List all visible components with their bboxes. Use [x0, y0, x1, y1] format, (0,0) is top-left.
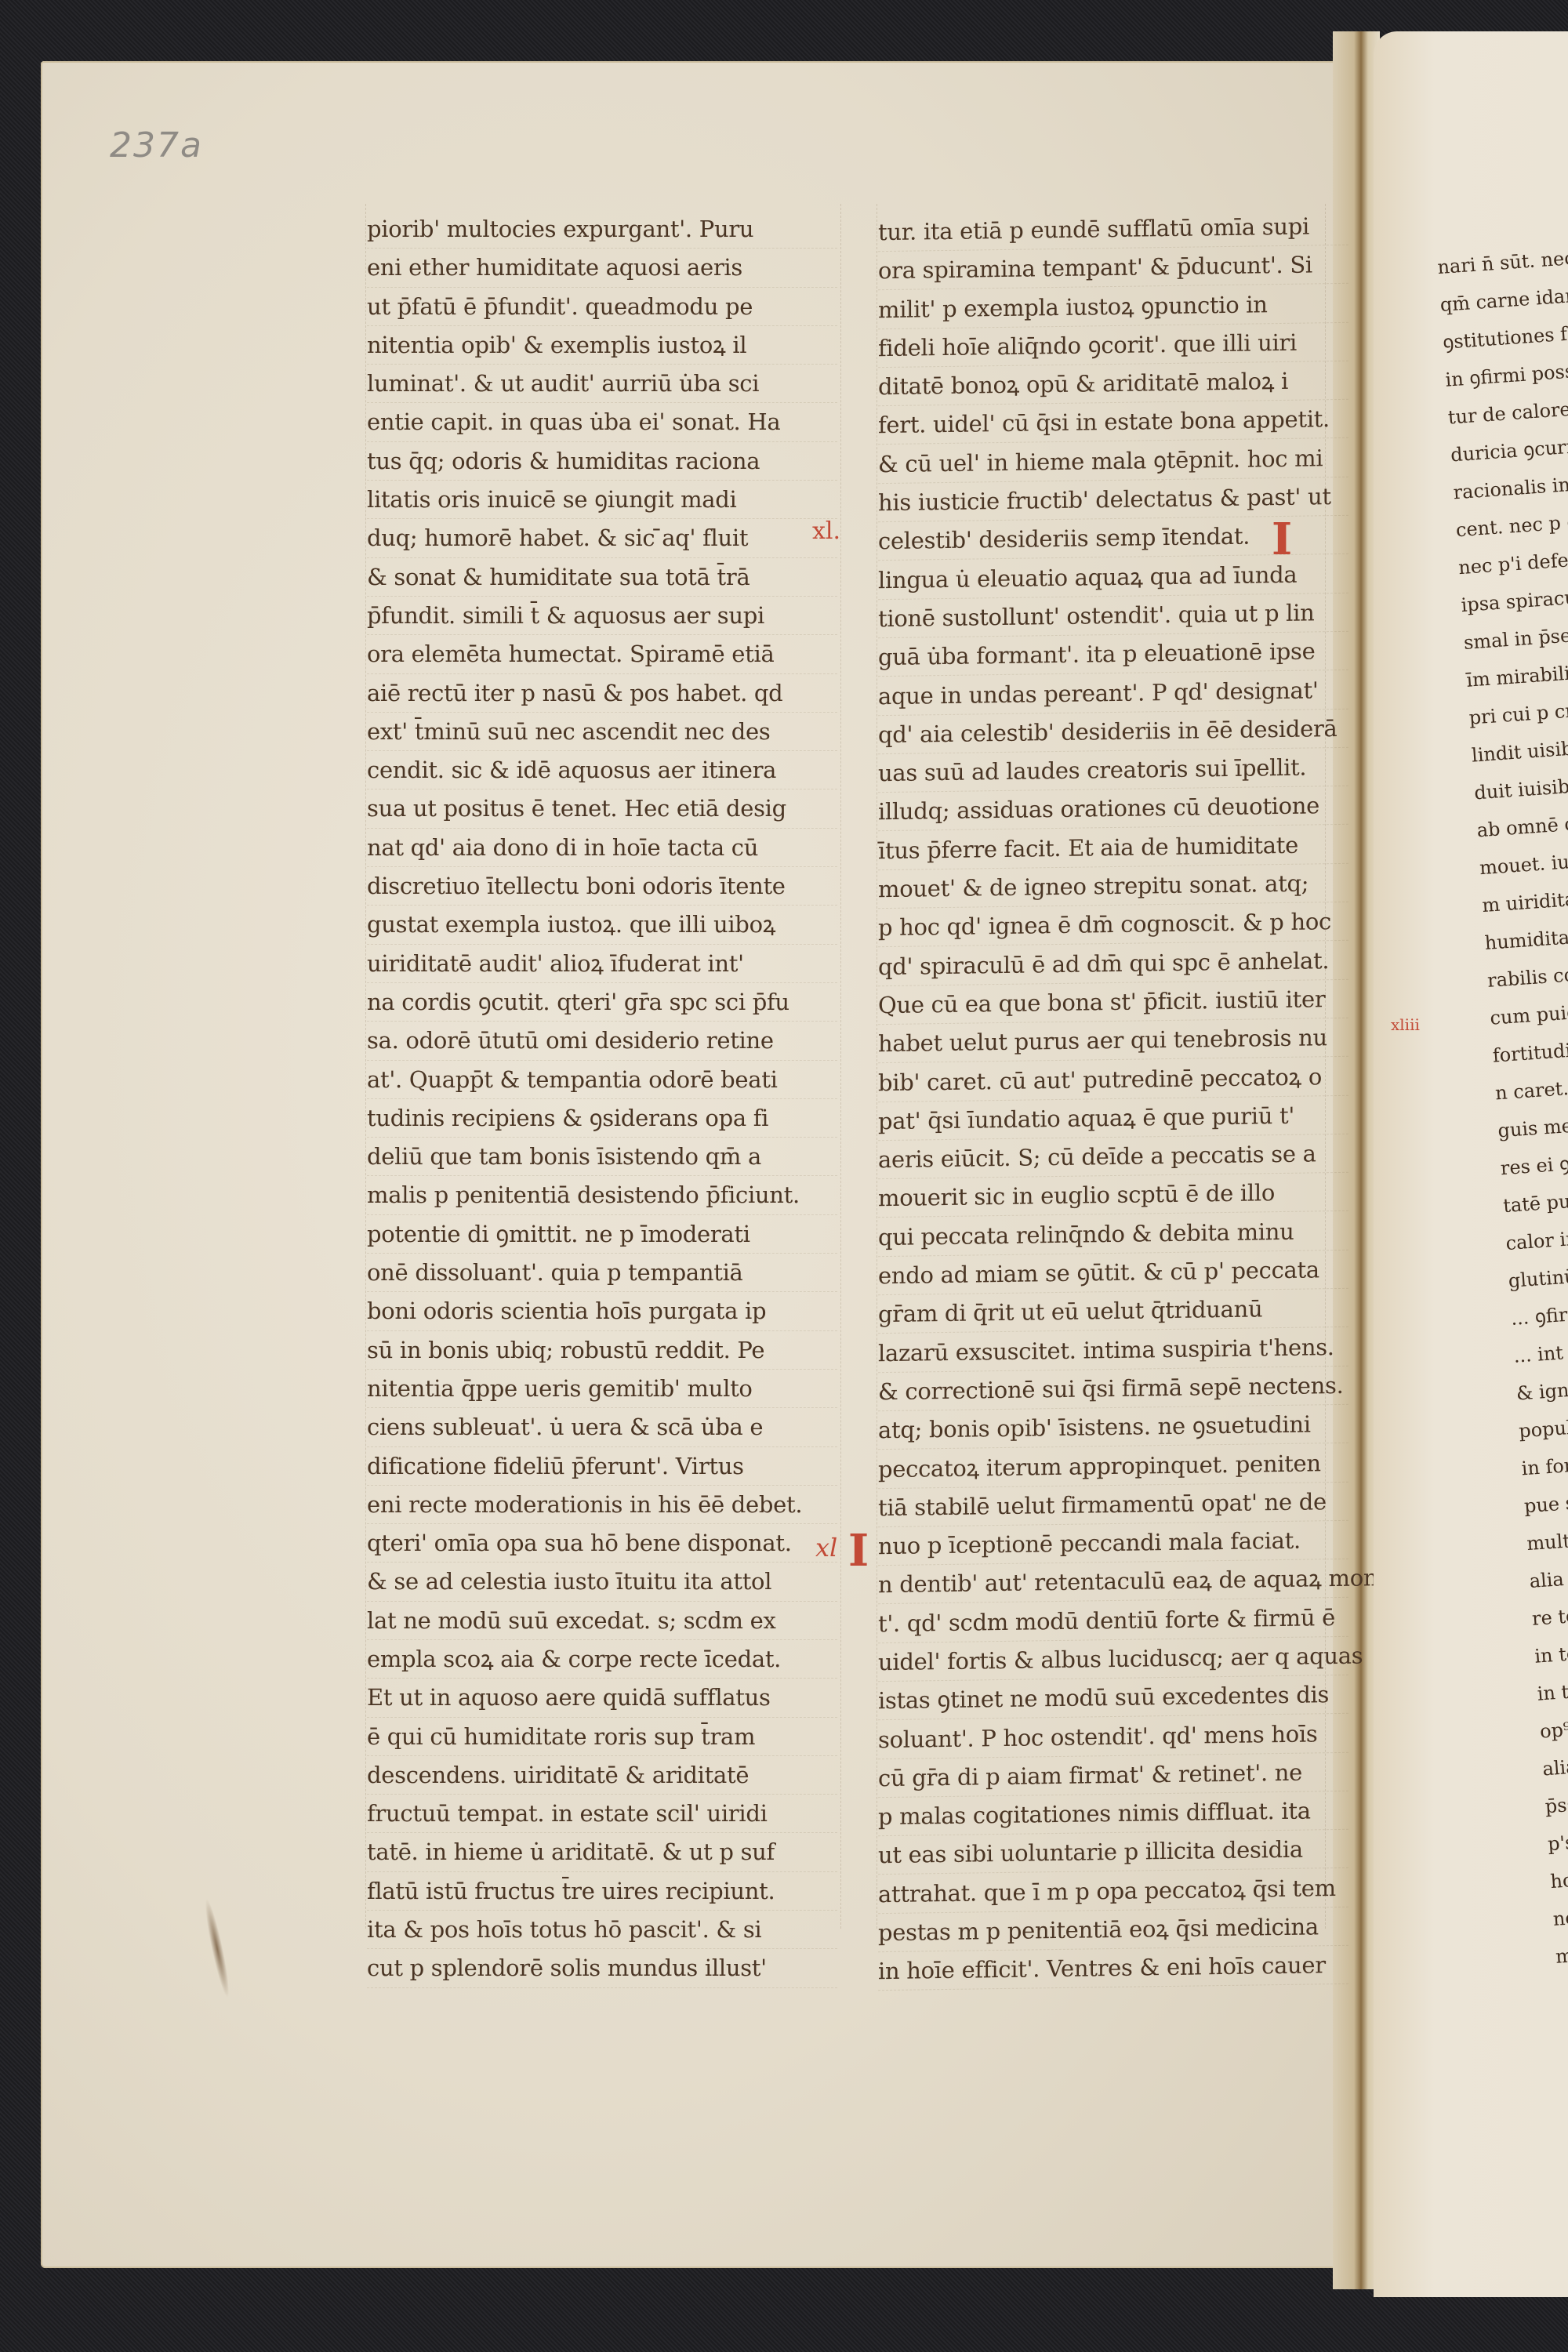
text-line: aeris eiūcit. S; cū deīde a peccatis se …: [878, 1134, 1348, 1180]
text-line: fructuū tempat. in estate scil' uiridi: [367, 1795, 837, 1833]
marginal-rubric-numeral: xl.: [812, 517, 840, 545]
text-line: fideli hoīe aliq̄ndo ꝯcorit'. que illi u…: [878, 323, 1348, 368]
text-line: ut eas sibi uoluntarie p illicita desidi…: [878, 1830, 1348, 1875]
marginal-rubric-numeral: xliii: [1391, 1015, 1420, 1034]
text-line: sū in bonis ubiq; robustū reddit. Pe: [367, 1331, 837, 1370]
facing-page-text: nari n̄ sūt. nec mollicie m qm̄ carne id…: [1405, 230, 1568, 1978]
text-line: tur. ita etiā p eundē sufflatū omīa supi: [878, 207, 1348, 252]
text-line: tatē. in hieme u̇ ariditatē. & ut p suf: [367, 1833, 837, 1871]
text-line: tionē sustollunt' ostendit'. quia ut p l…: [878, 593, 1348, 639]
text-line: fert. uidel' cū q̄si in estate bona appe…: [878, 400, 1348, 445]
text-line: uidel' fortis & albus luciduscq; aer q a…: [878, 1637, 1348, 1682]
text-line: discretiuo ītellectu boni odoris ītente: [367, 867, 837, 906]
text-line: peccatoꝝ iterum appropinquet. peniten: [878, 1443, 1348, 1489]
text-line: milit' p exempla iustoꝝ ꝯpunctio in: [878, 284, 1348, 329]
ruling-line: [877, 204, 877, 1929]
text-line: cut p splendorē solis mundus illust': [367, 1949, 837, 1987]
text-line: boni odoris scientia hoīs purgata ip: [367, 1292, 837, 1330]
text-line: nuo p īceptionē peccandi mala faciat.: [878, 1521, 1348, 1566]
folio-number: 237a: [110, 125, 203, 165]
text-line: ciens subleuat'. u̇ uera & scā u̇ba e: [367, 1408, 837, 1446]
text-line: ut p̄fatū ē p̄fundit'. queadmodu pe: [367, 288, 837, 326]
text-line: lat ne modū suū excedat. s; scdm ex: [367, 1602, 837, 1640]
text-line: descendens. uiriditatē & ariditatē: [367, 1756, 837, 1795]
text-line: nat qd' aia dono di in hoīe tacta cū: [367, 829, 837, 867]
text-line: dificatione fideliū p̄ferunt'. Virtus: [367, 1447, 837, 1486]
text-line: eni recte moderationis in his ēē debet.: [367, 1486, 837, 1524]
text-line: endo ad miam se ꝯūtit. & cū p' peccata: [878, 1250, 1348, 1296]
text-line: pat' q̄si īundatio aquaꝝ ē que puriū t': [878, 1096, 1348, 1142]
text-line: & se ad celestia iusto ītuitu ita attol: [367, 1563, 837, 1601]
text-line: potentie di ꝯmittit. ne p īmoderati: [367, 1215, 837, 1254]
text-line: & correctionē sui q̄si firmā sepē necten…: [878, 1367, 1348, 1412]
text-line: & cū uel' in hieme mala ꝯtēpnit. hoc mi: [878, 439, 1348, 485]
text-line: aiē rectū iter p nasū & pos habet. qd: [367, 674, 837, 713]
text-line: litatis oris inuicē se ꝯiungit madi: [367, 481, 837, 519]
text-line: at'. Quapp̄t & tempantia odorē beati: [367, 1061, 837, 1099]
text-line: sa. odorē ūtutū omi desiderio retine: [367, 1022, 837, 1060]
text-line: onē dissoluant'. quia p tempantiā: [367, 1254, 837, 1292]
text-line: eni ether humiditate aquosi aeris: [367, 249, 837, 287]
text-line: flatū istū fructus t̄re uires recipiunt.: [367, 1872, 837, 1911]
text-line: in hoīe efficit'. Ventres & eni hoīs cau…: [878, 1946, 1348, 1991]
text-line: gr̄am di q̄rit ut eū uelut q̄triduanū: [878, 1289, 1348, 1334]
text-line: piorib' multocies expurgant'. Puru: [367, 210, 837, 249]
text-line: ītus p̄ferre facit. Et aia de humiditate: [878, 826, 1348, 871]
text-line: tudinis recipiens & ꝯsiderans opa fi: [367, 1099, 837, 1138]
text-line: & sonat & humiditate sua totā t̄rā: [367, 558, 837, 597]
ruling-line: [365, 204, 366, 1929]
text-line: qui peccata relinq̄ndo & debita minu: [878, 1212, 1348, 1258]
text-line: Que cū ea que bona st' p̄ficit. iustiū i…: [878, 980, 1348, 1025]
facing-page-recto: xliii nari n̄ sūt. nec mollicie m qm̄ ca…: [1374, 31, 1568, 2297]
text-line: tus q̄q; odoris & humiditas raciona: [367, 442, 837, 481]
text-line: Et ut in aquoso aere quidā sufflatus: [367, 1679, 837, 1717]
text-line: aque in undas pereant'. P qd' designat': [878, 670, 1348, 716]
text-line: illudq; assiduas orationes cū deuotione: [878, 786, 1348, 832]
text-line: bib' caret. cū aut' putredinē peccatoꝝ o: [878, 1057, 1348, 1102]
text-line: atq; bonis opib' īsistens. ne ꝯsuetudini: [878, 1405, 1348, 1450]
text-line: tiā stabilē uelut firmamentū opat' ne de: [878, 1483, 1348, 1528]
text-line: ditatē bonoꝝ opū & ariditatē maloꝝ i: [878, 361, 1348, 407]
text-line: p malas cogitationes nimis diffluat. ita: [878, 1791, 1348, 1837]
text-line: qteri' omīa opa sua hō bene disponat.: [367, 1524, 837, 1563]
text-line: mouerit sic in euglio scptū ē de illo: [878, 1173, 1348, 1218]
marginal-rubric-numeral: xl: [815, 1533, 837, 1563]
text-line: ora elemēta humectat. Spiramē etiā: [367, 635, 837, 673]
rubricated-initial: I: [1272, 514, 1292, 565]
text-line: gustat exempla iustoꝝ. que illi uiboꝝ: [367, 906, 837, 944]
text-line: guā u̇ba formant'. ita p eleuationē ipse: [878, 632, 1348, 677]
text-line: lazarū exsuscitet. intima suspiria t'hen…: [878, 1327, 1348, 1373]
text-line: soluant'. P hoc ostendit'. qd' mens hoīs: [878, 1714, 1348, 1759]
text-line: uiriditatē audit' alioꝝ īfuderat int': [367, 945, 837, 983]
text-column-b: tur. ita etiā p eundē sufflatū omīa supi…: [878, 210, 1348, 1988]
text-line: deliū que tam bonis īsistendo qm̄ a: [367, 1138, 837, 1176]
text-line: mouet' & de igneo strepitu sonat. atq;: [878, 864, 1348, 909]
text-line: duq; humorē habet. & sic ̄aq' fluit: [367, 519, 837, 557]
text-line: habet uelut purus aer qui tenebrosis nu: [878, 1018, 1348, 1064]
text-line: sua ut positus ē tenet. Hec etiā desig: [367, 789, 837, 828]
text-line: p hoc qd' ignea ē dm̄ cognoscit. & p hoc: [878, 902, 1348, 948]
text-line: istas ꝯtinet ne modū suū excedentes dis: [878, 1675, 1348, 1721]
text-line: ē qui cū humiditate roris sup t̄ram: [367, 1718, 837, 1756]
text-line: ext' t̄minū suū nec ascendit nec des: [367, 713, 837, 751]
rubricated-initial: I: [848, 1525, 869, 1577]
text-line: entie capit. in quas u̇ba ei' sonat. Ha: [367, 403, 837, 441]
text-line: p̄fundit. simili t̄ & aquosus aer supi: [367, 597, 837, 635]
text-line: ora spiramina tempant' & p̄ducunt'. Si: [878, 245, 1348, 291]
text-line: pestas m p penitentiā eoꝝ q̄si medicina: [878, 1907, 1348, 1953]
text-line: cū gr̄a di p aiam firmat' & retinet'. ne: [878, 1753, 1348, 1798]
text-column-a: piorib' multocies expurgant'. Puru eni e…: [367, 210, 837, 1988]
text-line: malis p penitentiā desistendo p̄ficiunt.: [367, 1176, 837, 1214]
text-line: nitentia q̄ppe ueris gemitib' multo: [367, 1370, 837, 1408]
text-line: qd' aia celestib' desideriis in ēē desid…: [878, 710, 1348, 755]
ruling-line: [840, 204, 841, 1929]
text-line: n dentib' aut' retentaculū eaꝝ de aquaꝝ …: [878, 1559, 1348, 1605]
text-line: luminat'. & ut audit' aurriū u̇ba sci: [367, 365, 837, 403]
text-line: t'. qd' scdm modū dentiū forte & firmū ē: [878, 1598, 1348, 1643]
text-line: ita & pos hoīs totus hō pascit'. & si: [367, 1911, 837, 1949]
text-line: empla scoꝝ aia & corpe recte īcedat.: [367, 1640, 837, 1679]
text-line: qd' spiraculū ē ad dm̄ qui spc ē anhelat…: [878, 941, 1348, 986]
text-line: na cordis ꝯcutit. qteri' gr̄a spc sci p̄…: [367, 983, 837, 1022]
text-line: cendit. sic & idē aquosus aer itinera: [367, 751, 837, 789]
text-line: nitentia opib' & exemplis iustoꝝ il: [367, 326, 837, 365]
text-line: attrahat. que ī m p opa peccatoꝝ q̄si te…: [878, 1869, 1348, 1915]
text-line: uas suū ad laudes creatoris sui īpellit.: [878, 748, 1348, 793]
